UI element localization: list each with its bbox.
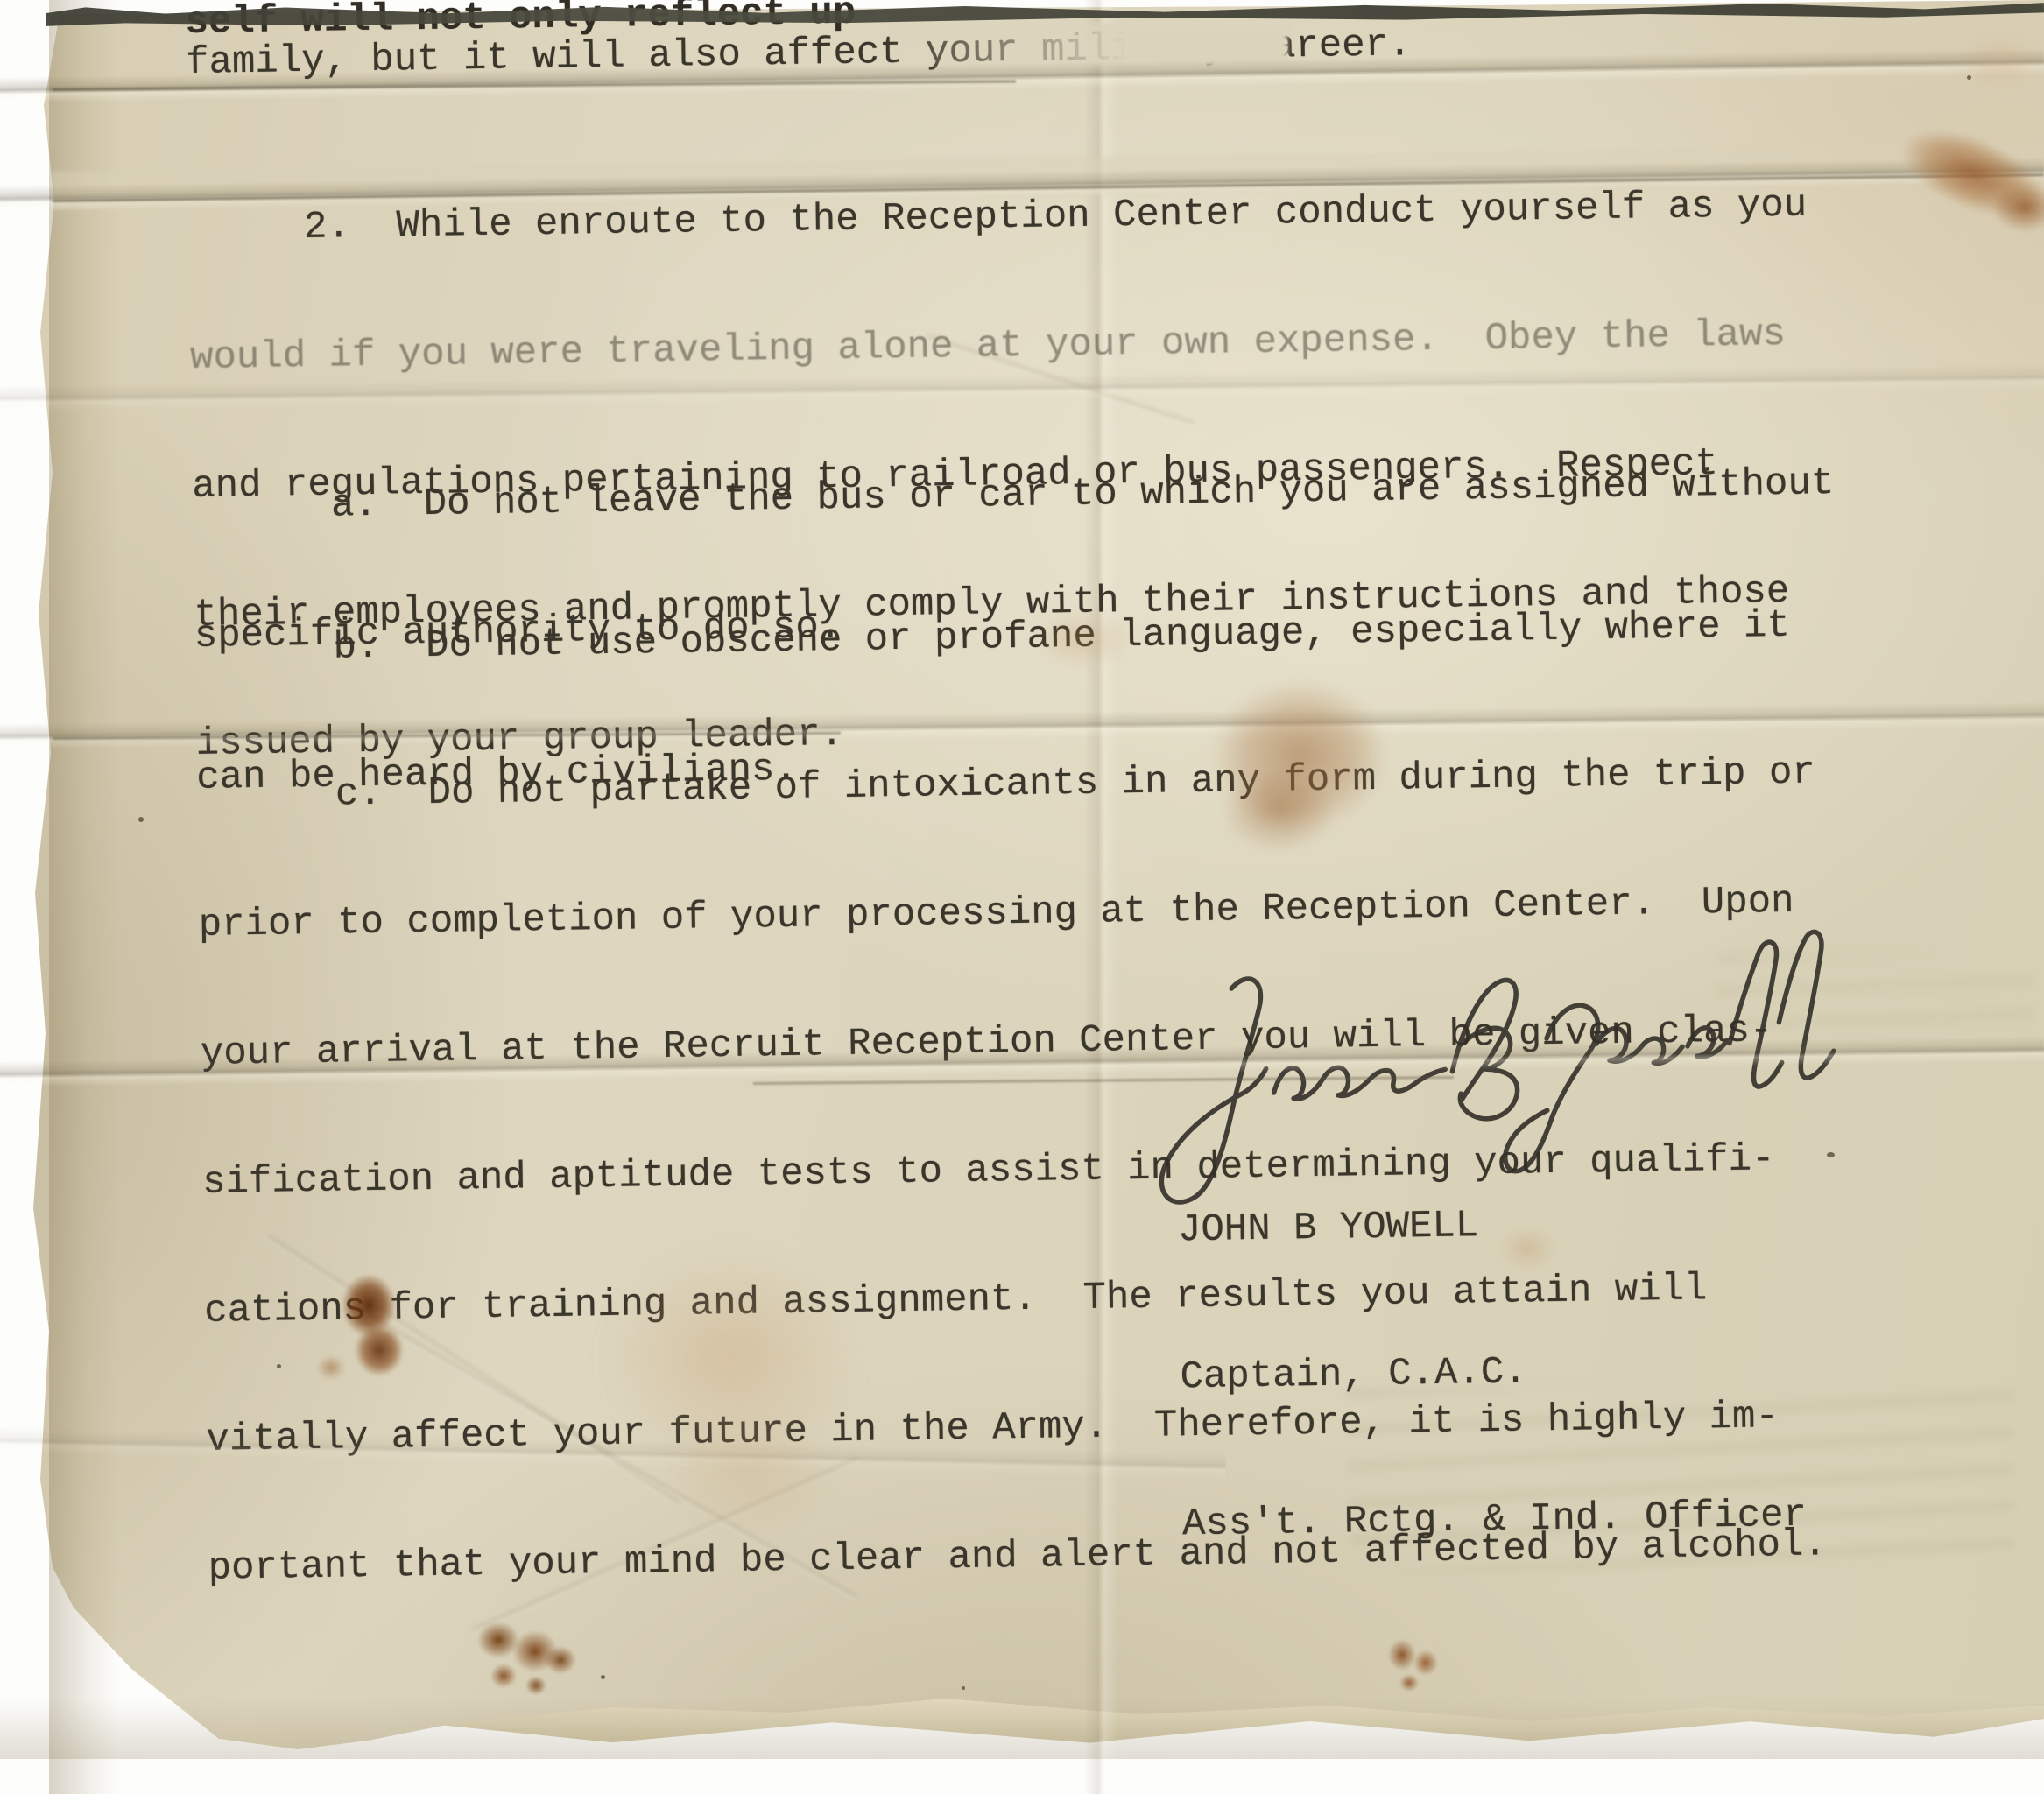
stain bbox=[1033, 613, 1130, 665]
stain bbox=[1399, 1674, 1419, 1692]
speck bbox=[277, 1364, 281, 1368]
stain bbox=[545, 1646, 576, 1674]
typed-line-faded: would if you were traveling alone at you… bbox=[190, 313, 1809, 380]
typed-line: b. Do not use obscene or profane languag… bbox=[194, 605, 1790, 672]
speck bbox=[138, 817, 144, 822]
typed-signature-rank: Captain, C.A.C. bbox=[1180, 1344, 1805, 1403]
speck bbox=[1827, 1152, 1835, 1157]
scanned-letter-page: self will not only reflect up family, bu… bbox=[0, 0, 2044, 1794]
typed-line: a. Do not leave the bus or car to which … bbox=[192, 462, 1834, 530]
speck bbox=[601, 1675, 605, 1679]
typed-line: c. Do not partake of intoxicants in any … bbox=[196, 751, 1815, 818]
typed-signature-title: Ass't. Rctg. & Ind. Officer bbox=[1182, 1491, 1808, 1550]
stain bbox=[1222, 769, 1336, 852]
speck bbox=[1967, 75, 1971, 80]
stain bbox=[355, 1324, 404, 1376]
stain bbox=[490, 1664, 517, 1688]
stain bbox=[1413, 1650, 1438, 1676]
stain bbox=[666, 1418, 832, 1532]
typed-text-layer: self will not only reflect up family, bu… bbox=[0, 0, 2044, 1794]
stain bbox=[1960, 35, 2040, 89]
stain bbox=[317, 1355, 345, 1380]
stain bbox=[1388, 1639, 1416, 1671]
stain bbox=[1499, 1228, 1555, 1270]
speck bbox=[962, 1686, 965, 1690]
stain bbox=[525, 1676, 546, 1695]
